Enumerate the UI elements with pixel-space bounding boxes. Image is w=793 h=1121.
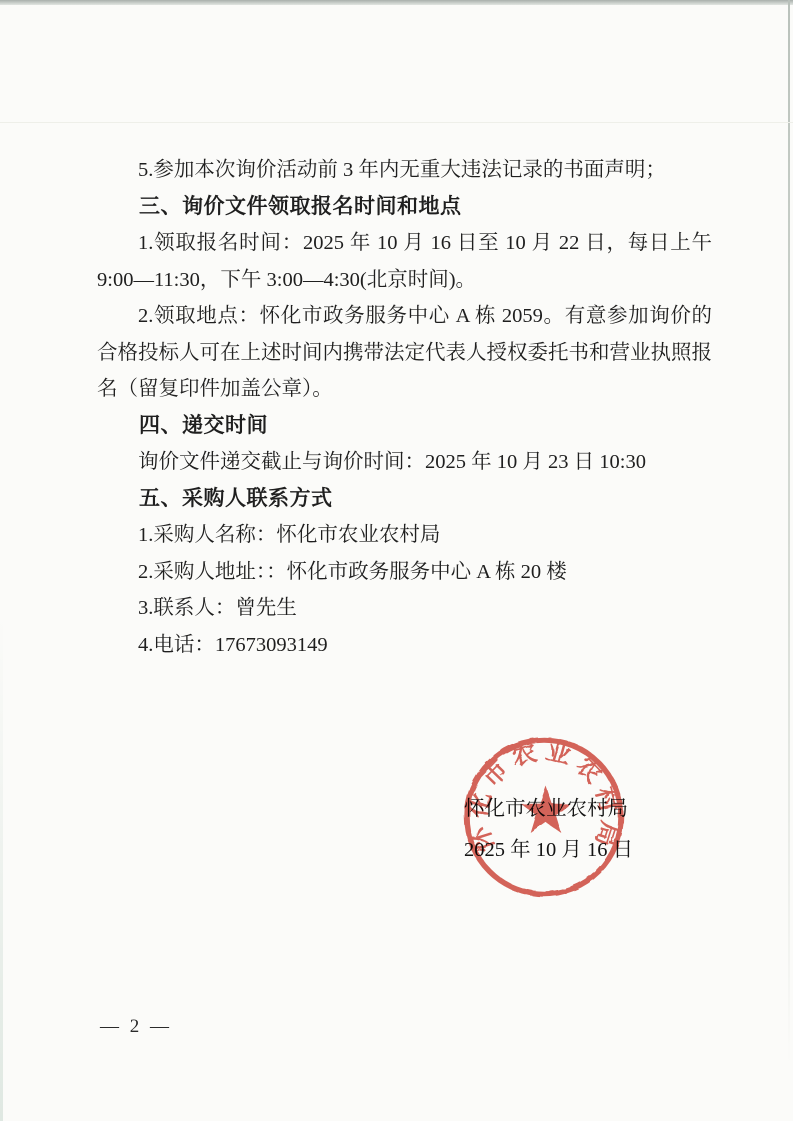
page-number: — 2 — bbox=[100, 1016, 172, 1038]
seal-star-icon bbox=[521, 786, 570, 833]
scan-artifact-line bbox=[0, 122, 793, 123]
scan-edge-right bbox=[788, 0, 790, 1121]
section-heading: 五、采购人联系方式 bbox=[97, 481, 712, 518]
section-heading: 四、递交时间 bbox=[97, 408, 712, 445]
paragraph: 1.领取报名时间：2025 年 10 月 16 日至 10 月 22 日，每日上… bbox=[97, 225, 712, 298]
paragraph: 1.采购人名称：怀化市农业农村局 bbox=[97, 517, 712, 554]
scan-edge-left bbox=[0, 617, 3, 1121]
paragraph: 询价文件递交截止与询价时间：2025 年 10 月 23 日 10:30 bbox=[97, 444, 712, 481]
paragraph: 3.联系人：曾先生 bbox=[97, 590, 712, 627]
section-heading: 三、询价文件领取报名时间和地点 bbox=[97, 189, 712, 226]
official-seal-stamp: 怀化市农业农村局 bbox=[458, 731, 630, 903]
paragraph: 4.电话：17673093149 bbox=[97, 627, 712, 664]
paragraph: 2.领取地点：怀化市政务服务中心 A 栋 2059。有意参加询价的合格投标人可在… bbox=[97, 298, 712, 408]
paragraph: 5.参加本次询价活动前 3 年内无重大违法记录的书面声明； bbox=[97, 152, 712, 189]
document-body: 5.参加本次询价活动前 3 年内无重大违法记录的书面声明；三、询价文件领取报名时… bbox=[97, 152, 712, 663]
scan-edge-top bbox=[0, 0, 793, 5]
document-page: 5.参加本次询价活动前 3 年内无重大违法记录的书面声明；三、询价文件领取报名时… bbox=[0, 0, 793, 1121]
paragraph: 2.采购人地址：：怀化市政务服务中心 A 栋 20 楼 bbox=[97, 554, 712, 591]
